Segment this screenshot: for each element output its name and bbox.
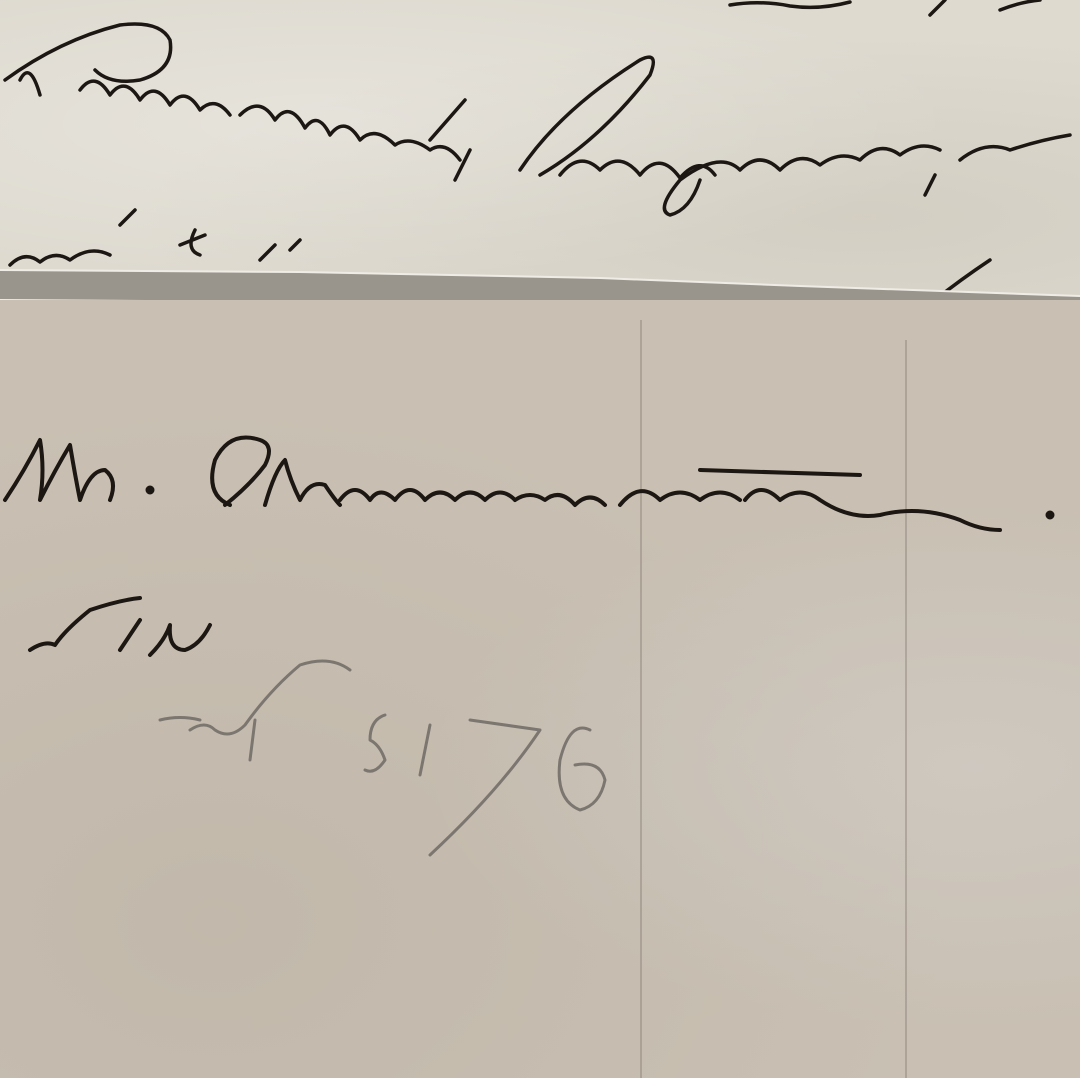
upper-letter-paper: Parrots, longues, et [0, 0, 1080, 310]
ruled-line-right [905, 340, 907, 1078]
ruled-line-left [640, 320, 642, 1078]
lower-index-card: M. Chaimcaton. N 10 N 5176 [0, 300, 1080, 1078]
